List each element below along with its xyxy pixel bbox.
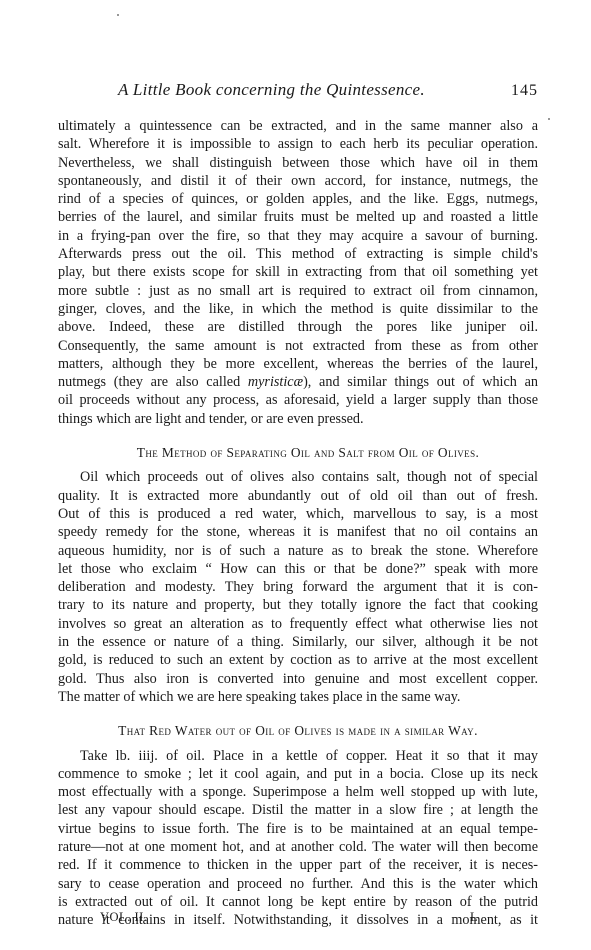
text-line: ginger, cloves, and the like, in which t…: [58, 300, 538, 318]
text-line: Take lb. iiij. of oil. Place in a kettle…: [58, 747, 538, 765]
text-line: Afterwards press out the oil. This metho…: [58, 245, 538, 263]
text-line: berries of the laurel, and similar fruit…: [58, 208, 538, 226]
text-line: ultimately a quintessence can be extract…: [58, 117, 538, 135]
volume-signature: VOL. II.: [100, 910, 147, 925]
text-line: Consequently, the same amount is not ext…: [58, 337, 538, 355]
text-line: is extracted out of oil. It cannot long …: [58, 893, 538, 911]
text-line: involves so great an alteration as to fr…: [58, 615, 538, 633]
section-heading-separating-oil-salt: The Method of Separating Oil and Salt fr…: [58, 444, 538, 462]
paragraph-2: Oil which proceeds out of olives also co…: [58, 468, 538, 706]
running-head: A Little Book concerning the Quintessenc…: [58, 80, 538, 104]
text-line: matters, although they be more excellent…: [58, 355, 538, 373]
text-line: in the essence or nature of a thing. Sim…: [58, 633, 538, 651]
text-line: most effectually with a sponge. Superimp…: [58, 783, 538, 801]
text-line: The matter of which we are here speaking…: [58, 688, 538, 706]
text-line: gold, is reduced to such an extent by co…: [58, 651, 538, 669]
text-line: let those who exclaim “ How can this or …: [58, 560, 538, 578]
text-line: rind of a species of quinces, or golden …: [58, 190, 538, 208]
text-line: aqueous humidity, nor is of such a natur…: [58, 542, 538, 560]
text-fragment: ), and similar things out of which an: [303, 374, 538, 390]
text-line: Out of this is produced a red water, whi…: [58, 505, 538, 523]
running-head-title: A Little Book concerning the Quintessenc…: [118, 80, 425, 100]
text-line: above. Indeed, these are distilled throu…: [58, 318, 538, 336]
text-line: quality. It is extracted more abundantly…: [58, 487, 538, 505]
text-line: in a frying-pan over the fire, so that t…: [58, 227, 538, 245]
page-number: 145: [511, 82, 538, 100]
text-fragment: nutmegs (they are also called: [58, 374, 248, 390]
text-line: sary to cease operation and proceed no f…: [58, 875, 538, 893]
paragraph-1: ultimately a quintessence can be extract…: [58, 117, 538, 428]
text-line: nutmegs (they are also called myristicæ)…: [58, 373, 538, 391]
text-line: oil proceeds without any process, as afo…: [58, 391, 538, 409]
scan-speck: [117, 14, 119, 16]
text-line: Oil which proceeds out of olives also co…: [58, 468, 538, 486]
scan-speck: [548, 118, 550, 120]
section-heading-red-water: That Red Water out of Oil of Olives is m…: [58, 722, 538, 740]
paragraph-3: Take lb. iiij. of oil. Place in a kettle…: [58, 747, 538, 930]
signature-mark: L: [470, 910, 478, 925]
text-line: gold. Thus also iron is converted into g…: [58, 670, 538, 688]
text-line: commence to smoke ; let it cool again, a…: [58, 765, 538, 783]
text-line: virtue begins to issue forth. The fire i…: [58, 820, 538, 838]
text-line: play, but there exists scope for skill i…: [58, 263, 538, 281]
text-line: spontaneously, and distil it of their ow…: [58, 172, 538, 190]
text-line: Nevertheless, we shall distinguish betwe…: [58, 154, 538, 172]
text-line: red. If it commence to thicken in the up…: [58, 856, 538, 874]
text-line: more subtle : just as no small art is re…: [58, 282, 538, 300]
text-line: lest any vapour should escape. Distil th…: [58, 801, 538, 819]
text-line: salt. Wherefore it is impossible to assi…: [58, 135, 538, 153]
text-line: trary to its nature and property, but th…: [58, 596, 538, 614]
text-line: speedy remedy for the stone, whereas it …: [58, 523, 538, 541]
text-line: deliberation and modesty. They bring for…: [58, 578, 538, 596]
italic-term: myristicæ: [248, 374, 303, 390]
page-footer: VOL. II. L: [58, 910, 538, 928]
text-line: rature—not at one moment hot, and at ano…: [58, 838, 538, 856]
text-line: things which are light and tender, or ar…: [58, 410, 538, 428]
book-page: A Little Book concerning the Quintessenc…: [0, 0, 591, 950]
page-body: ultimately a quintessence can be extract…: [58, 117, 538, 929]
